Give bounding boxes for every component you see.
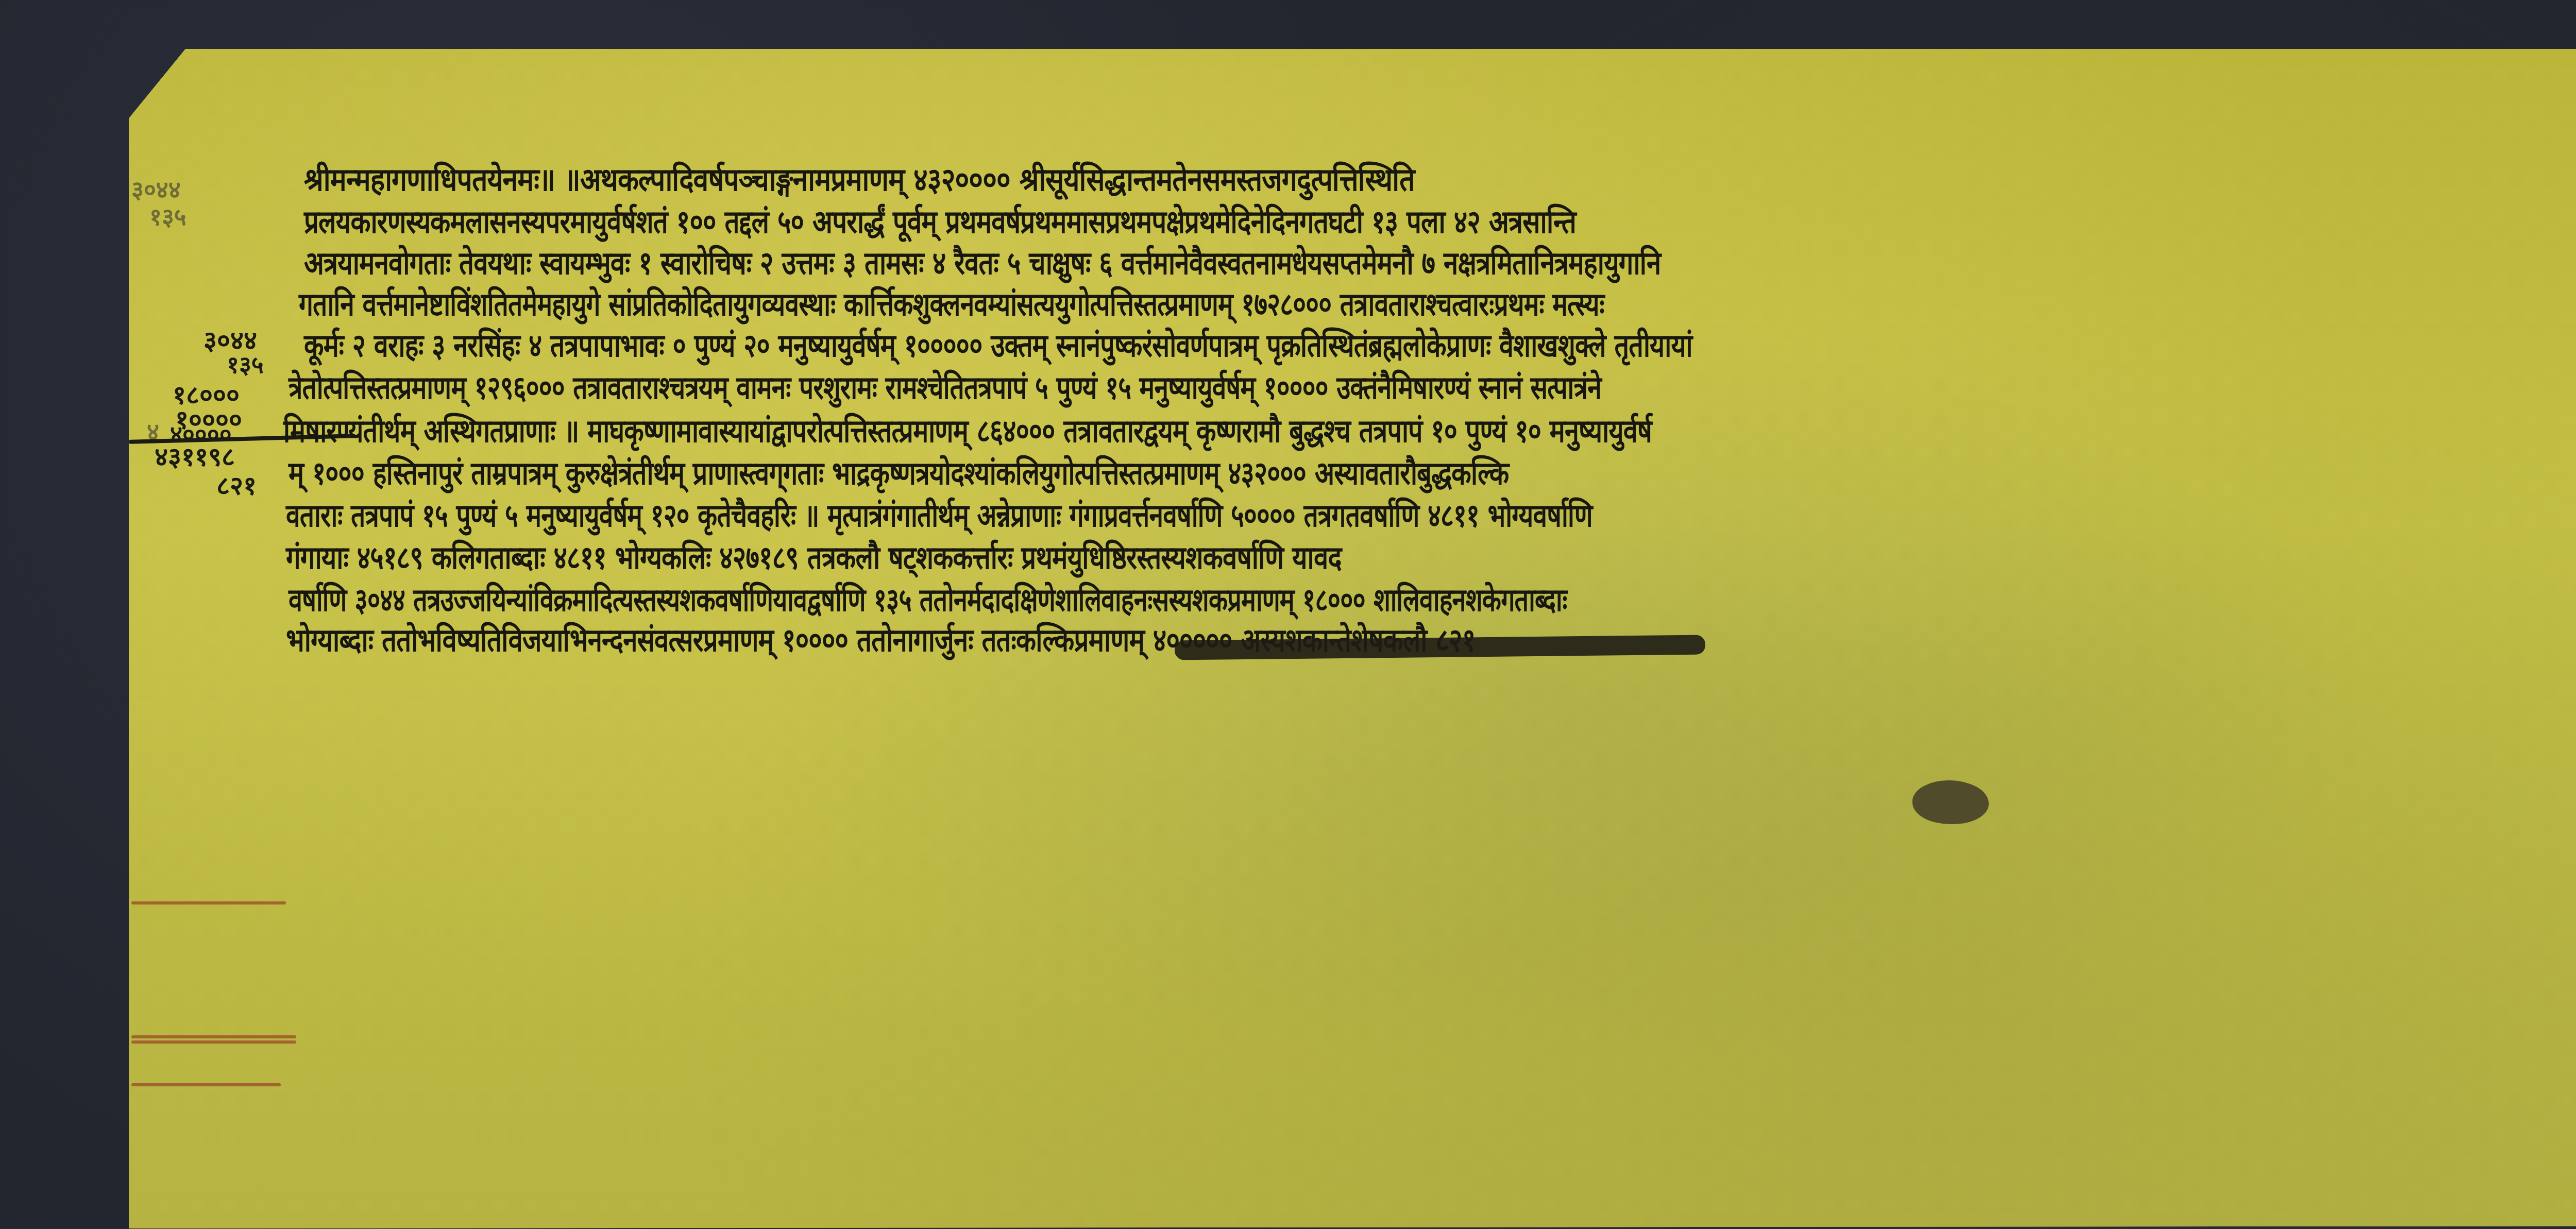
- text-line-10: गंगायाः ४५१८९ कलिगताब्दाः ४८११ भोग्यकलिः…: [286, 542, 1342, 574]
- margin-sum-3: १८०००: [173, 382, 240, 408]
- ink-blot: [1912, 780, 1989, 824]
- margin-note-faded-1: ३०४४: [131, 178, 181, 201]
- margin-sum-total: ४३११९८: [155, 444, 235, 470]
- red-rule-3: [131, 1040, 296, 1044]
- red-rule-1: [131, 901, 286, 904]
- text-line-7: मिषारण्यंतीर्थम्‌ अस्थिगतप्राणाः ॥ माघकृ…: [283, 415, 1652, 447]
- text-line-2: प्रलयकारणस्यकमलासनस्यपरमायुर्वर्षशतं १००…: [304, 206, 1576, 238]
- page-number: ८२१: [216, 473, 257, 499]
- margin-sum-1: ३०४४: [204, 328, 257, 353]
- text-line-1: श्रीमन्महागणाधिपतयेनमः॥ ॥अथकल्पादिवर्षपञ…: [304, 164, 1415, 196]
- text-line-9: वताराः तत्रपापं १५ पुण्यं ५ मनुष्यायुर्व…: [286, 500, 1592, 532]
- margin-sum-2: १३५: [227, 353, 264, 377]
- text-line-4: गतानि वर्त्तमानेष्टाविंशतितमेमहायुगे सां…: [299, 288, 1604, 320]
- red-rule-4: [131, 1083, 281, 1086]
- text-line-5: कूर्मः २ वराहः ३ नरसिंहः ४ तत्रपापाभावः …: [304, 330, 1692, 362]
- text-line-3: अत्रयामनवोगताः तेवयथाः स्वायम्भुवः १ स्व…: [304, 247, 1660, 279]
- text-line-6: त्रेतोत्पत्तिस्तत्प्रमाणम्‌ १२९६००० तत्र…: [289, 372, 1601, 404]
- text-line-8: म्‌ १००० हस्तिनापुरं ताम्रपात्रम्‌ कुरुक…: [289, 457, 1509, 489]
- text-line-11: वर्षाणि ३०४४ तत्रउज्जयिन्यांविक्रमादित्य…: [289, 584, 1567, 616]
- red-rule-2: [131, 1035, 296, 1038]
- margin-note-faded-2: १३५: [149, 205, 187, 229]
